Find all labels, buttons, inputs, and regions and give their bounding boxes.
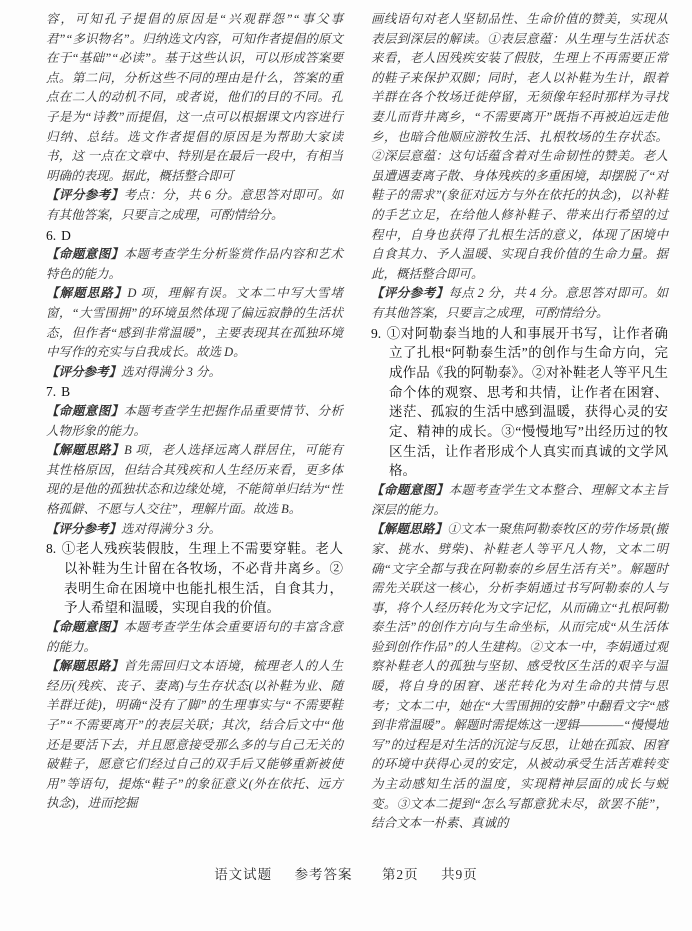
answer-item: 8.①老人残疾装假肢，生理上不需要穿鞋。老人以补鞋为生计留在各牧场，不必背井离乡… [46, 539, 343, 618]
intent-note: 【命题意图】本题考查学生把握作品重要情节、分析人物形象的能力。 [46, 402, 343, 441]
paragraph-text: 容，可知孔子提倡的原因是“兴观群怨”“事父事君”“多识物名”。归纳选文内容，可知… [46, 12, 343, 183]
left-column: 容，可知孔子提倡的原因是“兴观群怨”“事父事君”“多识物名”。归纳选文内容，可知… [28, 10, 343, 834]
scoring-note: 【评分参考】考点：分，共 6 分。意思答对即可。如有其他答案，只要言之成理，可酌… [46, 186, 343, 225]
scoring-note: 【评分参考】每点 2 分，共 4 分。意思答对即可。如有其他答案，只要言之成理，… [371, 284, 668, 323]
paragraph-text: B [61, 384, 70, 399]
item-number: 9. [371, 326, 381, 341]
doc-title: 语文试题 [214, 867, 272, 882]
section-label: 【命题意图】 [371, 483, 449, 497]
scoring-note: 【评分参考】选对得满分 3 分。 [46, 363, 343, 383]
page-footer: 语文试题 参考答案 第2页 共9页 [0, 863, 692, 883]
section-label: 【命题意图】 [46, 404, 124, 418]
intent-note: 【命题意图】本题考查学生文本整合、理解文本主旨深层的能力。 [371, 481, 668, 520]
answer-item: 9.①对阿勒泰当地的人和事展开书写，让作者确立了扎根“阿勒泰生活”的创作与生命方… [371, 324, 668, 482]
page-number: 第2页 [382, 867, 419, 882]
exam-answer-page: 容，可知孔子提倡的原因是“兴观群怨”“事父事君”“多识物名”。归纳选文内容，可知… [0, 0, 692, 931]
paragraph-text: ①文本一聚焦阿勒泰牧区的劳作场景(搬家、挑水、劈柴)、补鞋老人等平凡人物，文本二… [371, 522, 668, 830]
section-label: 【解题思路】 [46, 286, 127, 300]
answer-item: 7.B [46, 382, 343, 402]
paragraph-text: D [61, 228, 71, 243]
section-label: 【评分参考】 [371, 286, 448, 300]
answer-item: 6.D [46, 226, 343, 246]
section-label: 【评分参考】 [46, 365, 121, 379]
analysis-note: 【解题思路】D 项，理解有误。文本二中写大雪堵窗，“大雪围拥”的环境虽然体现了偏… [46, 284, 343, 362]
section-label: 【评分参考】 [46, 188, 123, 202]
section-label: 【解题思路】 [46, 443, 124, 457]
section-label: 【命题意图】 [46, 247, 124, 261]
paragraph-text: 首先需回归文本语境，梳理老人的人生经历(残疾、丧子、妻离)与生存状态(以补鞋为业… [46, 659, 343, 810]
right-column: 画线语句对老人坚韧品性、生命价值的赞美，实现从表层到深层的解读。①表层意蕴：从生… [353, 10, 668, 834]
section-label: 【解题思路】 [46, 659, 124, 673]
section-label: 【命题意图】 [46, 620, 124, 634]
section-label: 【解题思路】 [371, 522, 447, 536]
item-number: 7. [46, 384, 56, 399]
paragraph-text: 选对得满分 3 分。 [121, 522, 221, 536]
paragraph-text: ①老人残疾装假肢，生理上不需要穿鞋。老人以补鞋为生计留在各牧场，不必背井离乡。②… [61, 541, 343, 615]
continuation-paragraph: 画线语句对老人坚韧品性、生命价值的赞美，实现从表层到深层的解读。①表层意蕴：从生… [371, 10, 668, 284]
paragraph-text: 画线语句对老人坚韧品性、生命价值的赞美，实现从表层到深层的解读。①表层意蕴：从生… [371, 12, 668, 281]
item-number: 8. [46, 541, 56, 556]
analysis-note: 【解题思路】①文本一聚焦阿勒泰牧区的劳作场景(搬家、挑水、劈柴)、补鞋老人等平凡… [371, 520, 668, 834]
intent-note: 【命题意图】本题考查学生分析鉴赏作品内容和艺术特色的能力。 [46, 245, 343, 284]
intent-note: 【命题意图】本题考查学生体会重要语句的丰富含意的能力。 [46, 618, 343, 657]
analysis-note: 【解题思路】B 项，老人选择远离人群居住，可能有其性格原因，但结合其残疾和人生经… [46, 441, 343, 519]
page-total: 共9页 [441, 867, 478, 882]
paragraph-text: 选对得满分 3 分。 [121, 365, 221, 379]
scoring-note: 【评分参考】选对得满分 3 分。 [46, 520, 343, 540]
analysis-note: 【解题思路】首先需回归文本语境，梳理老人的人生经历(残疾、丧子、妻离)与生存状态… [46, 657, 343, 814]
two-column-layout: 容，可知孔子提倡的原因是“兴观群怨”“事父事君”“多识物名”。归纳选文内容，可知… [0, 0, 692, 834]
continuation-paragraph: 容，可知孔子提倡的原因是“兴观群怨”“事父事君”“多识物名”。归纳选文内容，可知… [46, 10, 343, 186]
paragraph-text: ①对阿勒泰当地的人和事展开书写，让作者确立了扎根“阿勒泰生活”的创作与生命方向，… [386, 326, 668, 479]
section-label: 【评分参考】 [46, 522, 121, 536]
item-number: 6. [46, 228, 56, 243]
doc-subtitle: 参考答案 [295, 867, 353, 882]
